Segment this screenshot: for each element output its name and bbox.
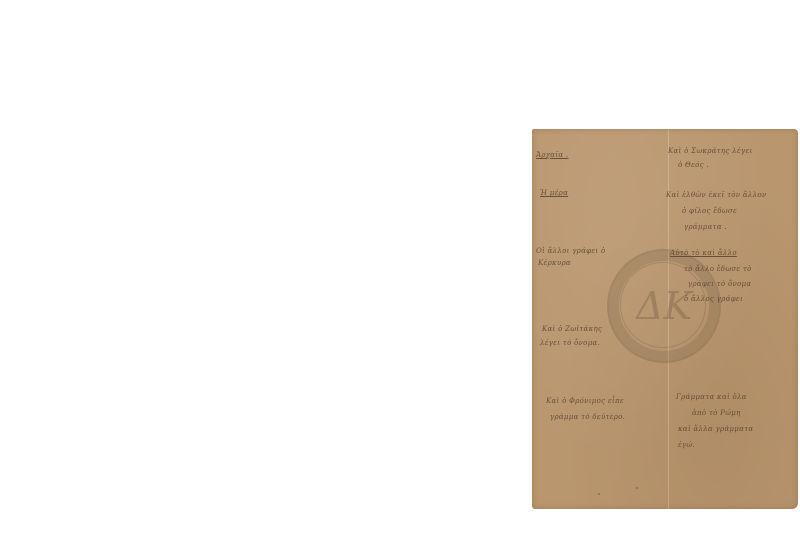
right-line-12: καὶ ἄλλα γράμματα bbox=[678, 425, 753, 433]
left-line-1: Ἀρχαῖα . bbox=[536, 151, 568, 159]
left-line-3: Οἱ ἄλλοι γράφει ὁ bbox=[536, 247, 605, 255]
right-line-11: ἀπὸ τὸ Ρώμη bbox=[692, 409, 741, 417]
left-line-8: γράμμα τὸ δεύτερο. bbox=[550, 413, 625, 421]
ink-spot bbox=[598, 493, 600, 495]
ink-spot bbox=[636, 487, 638, 489]
right-line-3: Καὶ ἐλθὼν ἐκεῖ τὸν ἄλλον bbox=[666, 191, 766, 199]
left-line-5: Καὶ ὁ Ζωϊτάκης bbox=[542, 325, 602, 333]
manuscript-page: ΔΚ Ἀρχαῖα . Ἡ μέρα Οἱ ἄλλοι γράφει ὁ Κέρ… bbox=[532, 129, 798, 509]
right-line-9: ὁ ἄλλος γράφει bbox=[684, 295, 743, 303]
left-line-6: λέγει τὸ ὄνομα. bbox=[540, 339, 600, 347]
left-line-7: Καὶ ὁ Φρόνιμος εἶπε bbox=[546, 397, 624, 405]
right-line-5: γράμματα . bbox=[684, 223, 727, 231]
right-line-1: Καὶ ὁ Σωκράτης λέγει bbox=[668, 147, 753, 155]
left-line-2: Ἡ μέρα bbox=[540, 189, 568, 197]
right-line-4: ὁ φίλος ἔδωσε bbox=[682, 207, 737, 215]
right-line-8: γράφει τὸ ὄνομα bbox=[688, 280, 751, 288]
stamp-monogram: ΔΚ bbox=[636, 284, 692, 328]
right-line-6: Αὐτὸ τὸ καὶ ἄλλο bbox=[670, 249, 737, 257]
right-line-10: Γράμματα καὶ ὅλα bbox=[676, 393, 747, 401]
left-line-4: Κέρκυρα bbox=[538, 259, 571, 267]
right-line-13: ἐγώ. bbox=[678, 441, 695, 449]
right-line-7: τὸ ἄλλο ἔδωσε τὸ bbox=[684, 265, 752, 273]
right-line-2: ὁ Θεός . bbox=[678, 161, 709, 169]
